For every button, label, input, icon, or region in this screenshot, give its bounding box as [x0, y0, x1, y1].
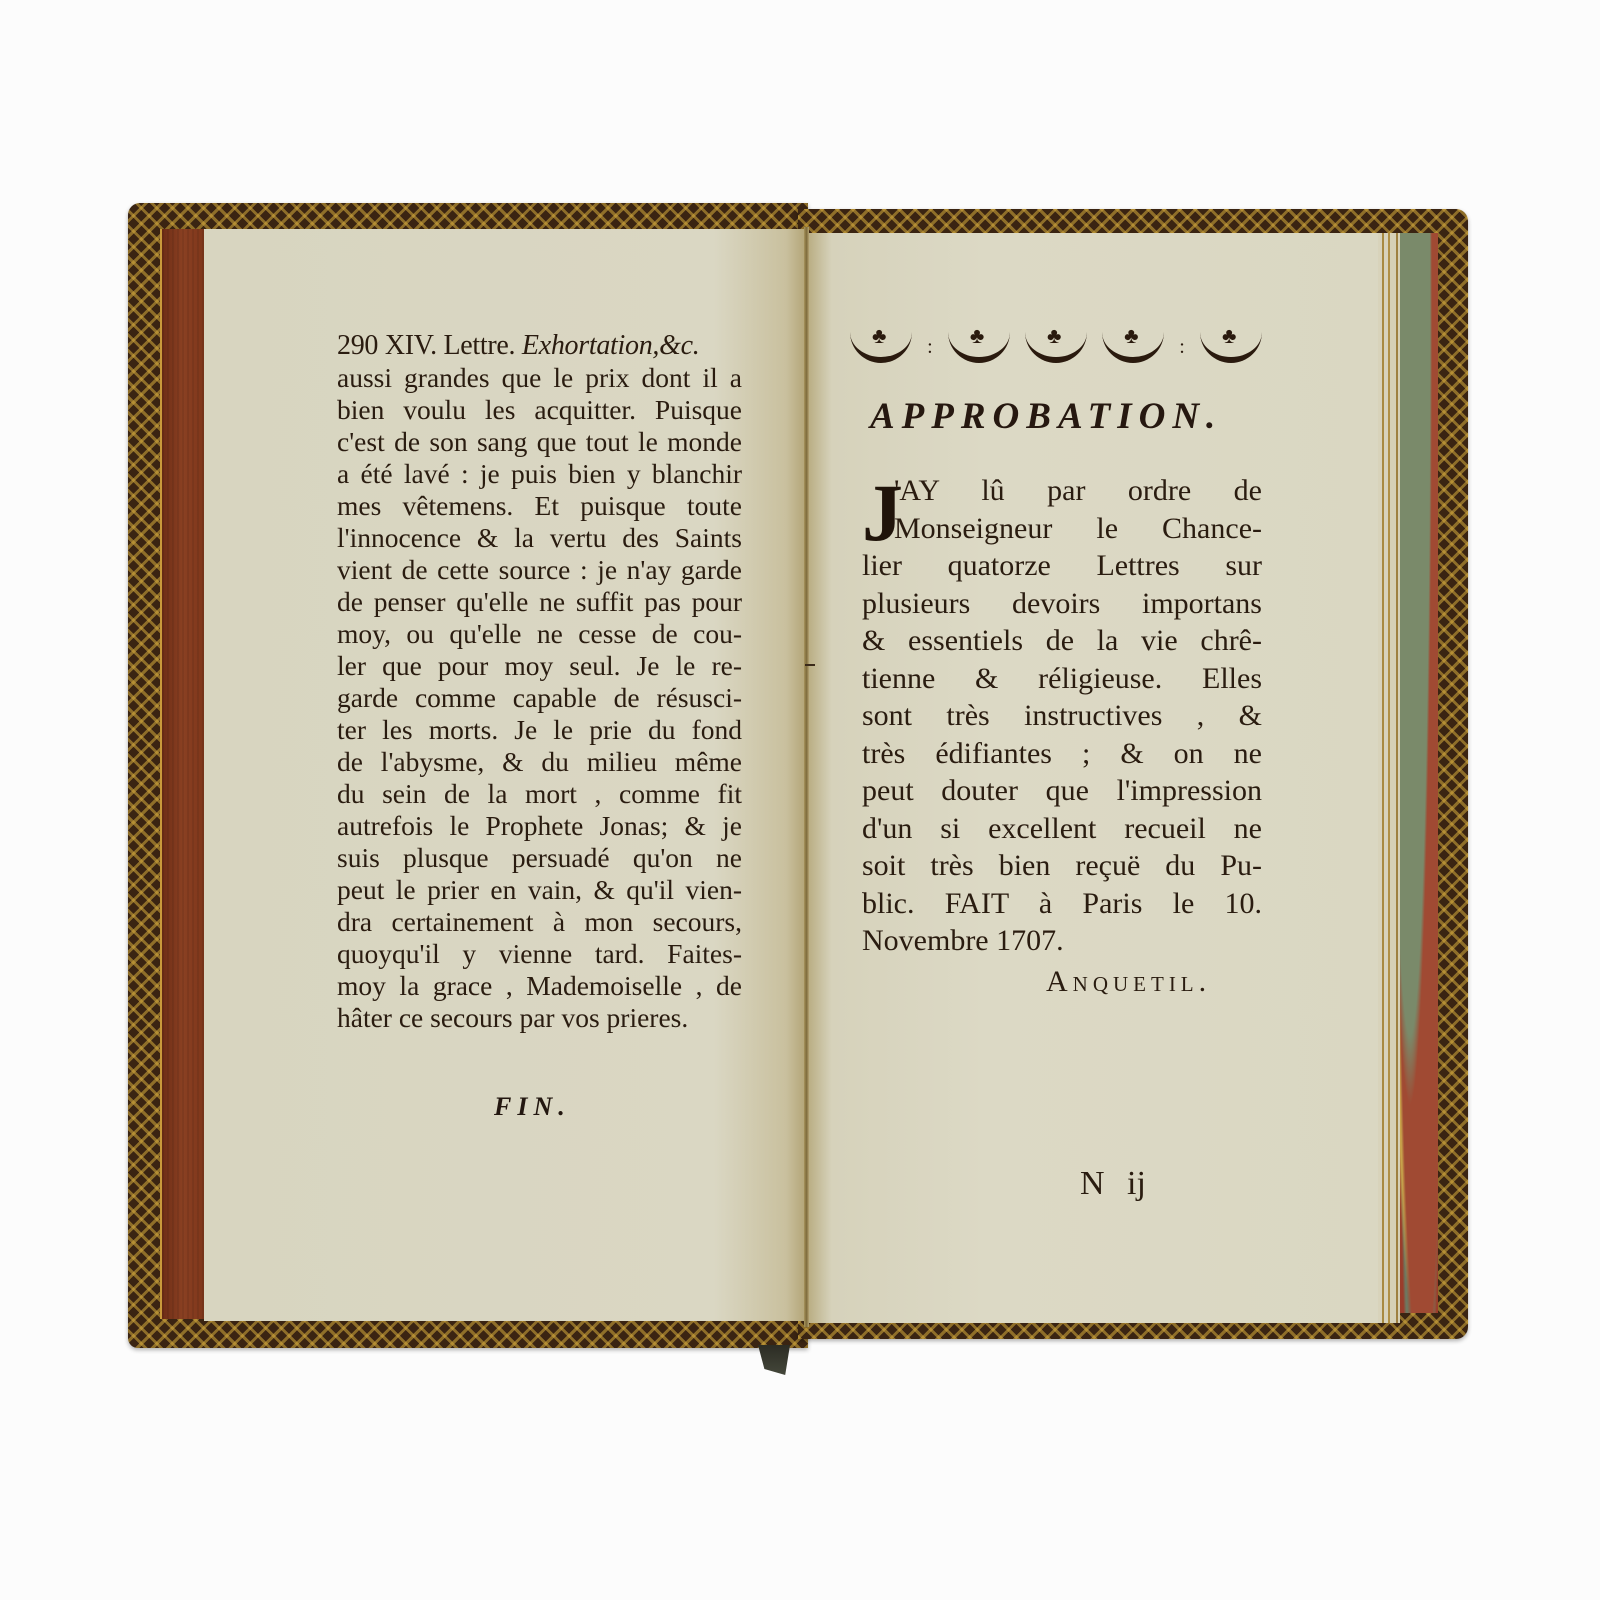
text-line: suis plusque persuadé qu'on ne	[337, 842, 742, 874]
text-line: d'un si excellent recueil ne	[862, 810, 1262, 848]
text-line: plusieurs devoirs importans	[862, 585, 1262, 623]
text-line: autrefois le Prophete Jonas; & je	[337, 810, 742, 842]
left-page-text: 290 XIV. Lettre. Exhortation,&c. aussi g…	[337, 330, 742, 1034]
text-line: a été lavé : je puis bien y blanchir	[337, 458, 742, 490]
ribbon-bookmark	[758, 1345, 790, 1375]
signature-anquetil: Anquetil.	[1046, 965, 1211, 999]
text-line: bien voulu les acquitter. Puisque	[337, 394, 742, 426]
text-line: très édifiantes ; & on ne	[862, 735, 1262, 773]
text-line: de penser qu'elle ne suffit pas pour	[337, 586, 742, 618]
text-line: blic. FAIT à Paris le 10.	[862, 885, 1262, 923]
text-line: lier quatorze Lettres sur	[862, 547, 1262, 585]
fleuron-icon	[948, 331, 1010, 363]
text-line: du sein de la mort , comme fit	[337, 778, 742, 810]
gutter-tick-mark	[805, 664, 815, 666]
text-line: aussi grandes que le prix dont il a	[337, 362, 742, 394]
text-line: ler que pour moy seul. Je le re-	[337, 650, 742, 682]
running-head-title: XIV. Lettre.	[385, 330, 515, 361]
text-line: mes vêtemens. Et puisque toute	[337, 490, 742, 522]
text-line: sont très instructives , &	[862, 697, 1262, 735]
signature-mark: N ij	[1080, 1165, 1146, 1203]
text-line: de l'abysme, & du milieu même	[337, 746, 742, 778]
text-line: c'est de son sang que tout le monde	[337, 426, 742, 458]
text-line: moy, ou qu'elle ne cesse de cou-	[337, 618, 742, 650]
text-line: vient de cette source : je n'ay garde	[337, 554, 742, 586]
ornament-colon: :	[1179, 336, 1185, 359]
text-line: soit très bien reçuë du Pu-	[862, 847, 1262, 885]
running-head: 290 XIV. Lettre. Exhortation,&c.	[337, 330, 742, 362]
text-line: peut le prier en vain, & qu'il vien-	[337, 874, 742, 906]
text-line: ter les morts. Je le prie du fond	[337, 714, 742, 746]
text-line: Novembre 1707.	[862, 922, 1262, 960]
ornament-colon: :	[927, 336, 933, 359]
text-line: & essentiels de la vie chrê-	[862, 622, 1262, 660]
page-block-edges	[1378, 233, 1400, 1323]
text-line: moy la grace , Mademoiselle , de	[337, 970, 742, 1002]
text-line: 'AY lû par ordre de	[862, 472, 1262, 510]
fin-closing: FIN.	[494, 1092, 571, 1122]
text-line: Monseigneur le Chance-	[862, 510, 1262, 548]
page-title: APPROBATION.	[870, 395, 1250, 438]
text-line: garde comme capable de résusci-	[337, 682, 742, 714]
book-gutter	[804, 227, 809, 1327]
open-book	[128, 203, 1468, 1348]
fleuron-icon	[850, 331, 912, 363]
right-marbled-endpaper	[1398, 233, 1438, 1313]
fleuron-icon	[1025, 331, 1087, 363]
text-line: quoyqu'il y vienne tard. Faites-	[337, 938, 742, 970]
text-line: tienne & réligieuse. Elles	[862, 660, 1262, 698]
text-line: dra certainement à mon secours,	[337, 906, 742, 938]
text-line: hâter ce secours par vos prieres.	[337, 1002, 742, 1034]
fleuron-icon	[1200, 331, 1262, 363]
text-line: l'innocence & la vertu des Saints	[337, 522, 742, 554]
text-line: peut douter que l'impression	[862, 772, 1262, 810]
running-head-italic: Exhortation,&c.	[522, 330, 699, 361]
printer-ornament-band: : :	[850, 330, 1262, 364]
fleuron-icon	[1102, 331, 1164, 363]
right-page-text: 'AY lû par ordre de Monseigneur le Chanc…	[862, 472, 1262, 960]
page-number: 290	[337, 330, 378, 361]
